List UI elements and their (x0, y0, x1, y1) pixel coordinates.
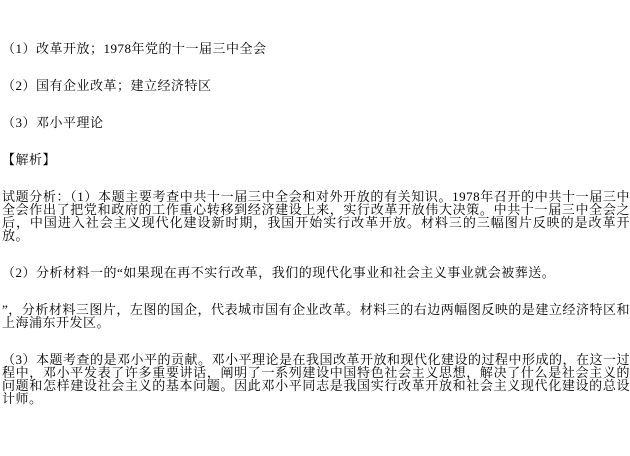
analysis-section-label: 【解析】 (2, 153, 630, 166)
analysis-paragraph-1: 试题分析：（1）本题主要考查中共十一届三中全会和对外开放的有关知识。1978年召… (2, 190, 630, 242)
analysis-paragraph-4: （3）本题考查的是邓小平的贡献。邓小平理论是在我国改革开放和现代化建设的过程中形… (2, 353, 630, 405)
answer-line-1: （1）改革开放；1978年党的十一届三中全会 (2, 42, 630, 55)
answer-line-3: （3）邓小平理论 (2, 116, 630, 129)
analysis-paragraph-2: （2）分析材料一的“如果现在再不实行改革，我们的现代化事业和社会主义事业就会被葬… (2, 266, 630, 279)
answer-line-2: （2）国有企业改革；建立经济特区 (2, 79, 630, 92)
analysis-paragraph-3: ”，分析材料三图片，左图的国企，代表城市国有企业改革。材料三的右边两幅图反映的是… (2, 303, 630, 329)
answer-analysis-document: （1）改革开放；1978年党的十一届三中全会 （2）国有企业改革；建立经济特区 … (0, 0, 630, 456)
